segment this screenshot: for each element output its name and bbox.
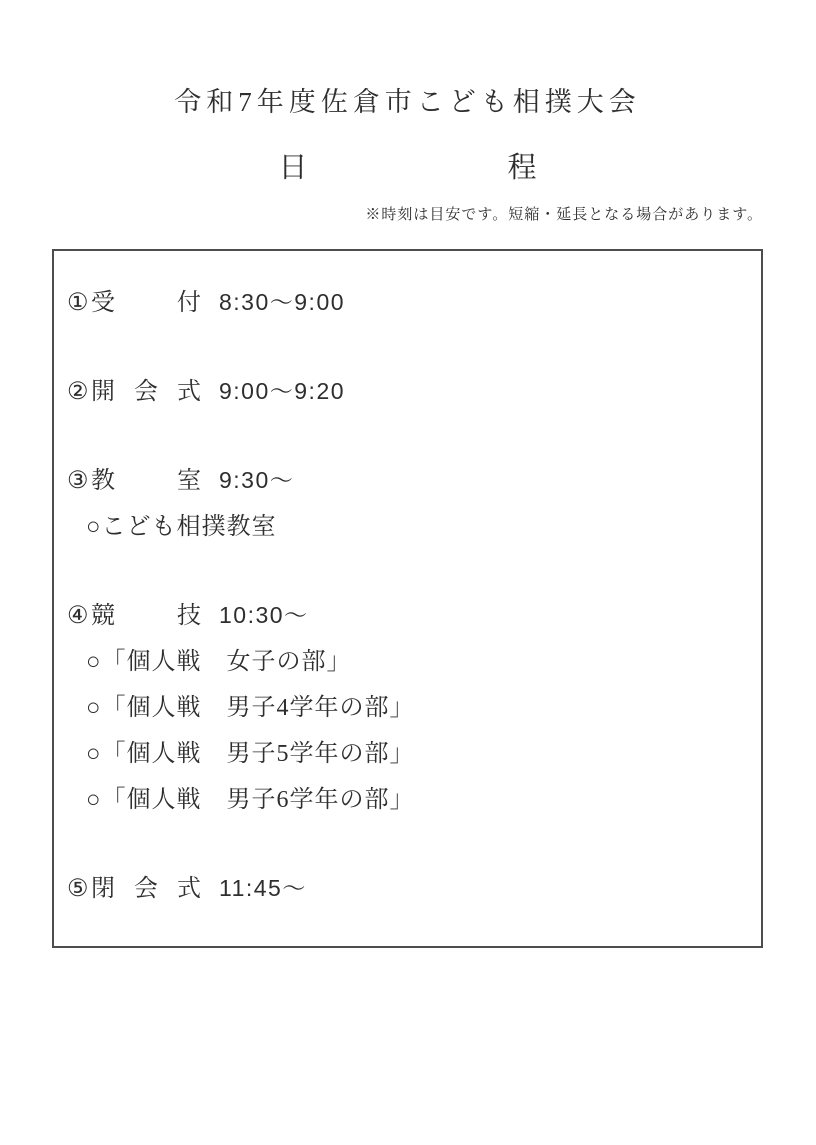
item-label: 競技 bbox=[91, 599, 201, 633]
subitem-text: ○こども相撲教室 bbox=[86, 514, 277, 540]
item-number: ⑤ bbox=[67, 872, 91, 906]
item-label: 教室 bbox=[91, 464, 201, 498]
schedule-item-classroom: ③教室9:30～ bbox=[67, 463, 751, 498]
item-number: ③ bbox=[67, 464, 91, 498]
subitem-text: ○「個人戦 男子5学年の部」 bbox=[86, 741, 415, 767]
schedule-item-opening-ceremony: ②開会式9:00～9:20 bbox=[67, 374, 751, 409]
subtitle-characters: 日 程 bbox=[279, 148, 537, 188]
item-number: ① bbox=[67, 286, 91, 320]
schedule-item-closing-ceremony: ⑤閉会式11:45～ bbox=[67, 871, 751, 906]
item-label: 受付 bbox=[91, 286, 201, 320]
subtitle-char-left: 日 bbox=[279, 148, 308, 188]
item-time: 8:30～9:00 bbox=[219, 289, 345, 315]
schedule-subitem-sumo-classroom: ○こども相撲教室 bbox=[67, 510, 751, 544]
schedule-subitem-girls-division: ○「個人戦 女子の部」 bbox=[67, 645, 751, 679]
schedule-subitem-boys-grade4: ○「個人戦 男子4学年の部」 bbox=[67, 691, 751, 725]
subitem-text: ○「個人戦 男子6学年の部」 bbox=[86, 787, 415, 813]
item-number: ④ bbox=[67, 599, 91, 633]
item-time: 11:45～ bbox=[219, 875, 307, 901]
item-time: 9:30～ bbox=[219, 467, 294, 493]
page-title: 令和7年度佐倉市こども相撲大会 bbox=[52, 82, 763, 122]
schedule-box: ①受付8:30～9:00 ②開会式9:00～9:20 ③教室9:30～ ○こども… bbox=[52, 249, 763, 948]
document-page: 令和7年度佐倉市こども相撲大会 日 程 ※時刻は目安です。短縮・延長となる場合が… bbox=[52, 82, 763, 948]
schedule-subitem-boys-grade6: ○「個人戦 男子6学年の部」 bbox=[67, 783, 751, 817]
item-number: ② bbox=[67, 375, 91, 409]
time-disclaimer-note: ※時刻は目安です。短縮・延長となる場合があります。 bbox=[52, 205, 763, 225]
schedule-item-reception: ①受付8:30～9:00 bbox=[67, 285, 751, 320]
subitem-text: ○「個人戦 女子の部」 bbox=[86, 649, 352, 675]
item-label: 閉会式 bbox=[91, 872, 201, 906]
item-label: 開会式 bbox=[91, 375, 201, 409]
page-subtitle: 日 程 bbox=[52, 148, 763, 188]
schedule-subitem-boys-grade5: ○「個人戦 男子5学年の部」 bbox=[67, 737, 751, 771]
item-time: 10:30～ bbox=[219, 602, 309, 628]
subitem-text: ○「個人戦 男子4学年の部」 bbox=[86, 695, 415, 721]
item-time: 9:00～9:20 bbox=[219, 378, 345, 404]
subtitle-char-right: 程 bbox=[507, 148, 536, 188]
schedule-item-competition: ④競技10:30～ bbox=[67, 598, 751, 633]
